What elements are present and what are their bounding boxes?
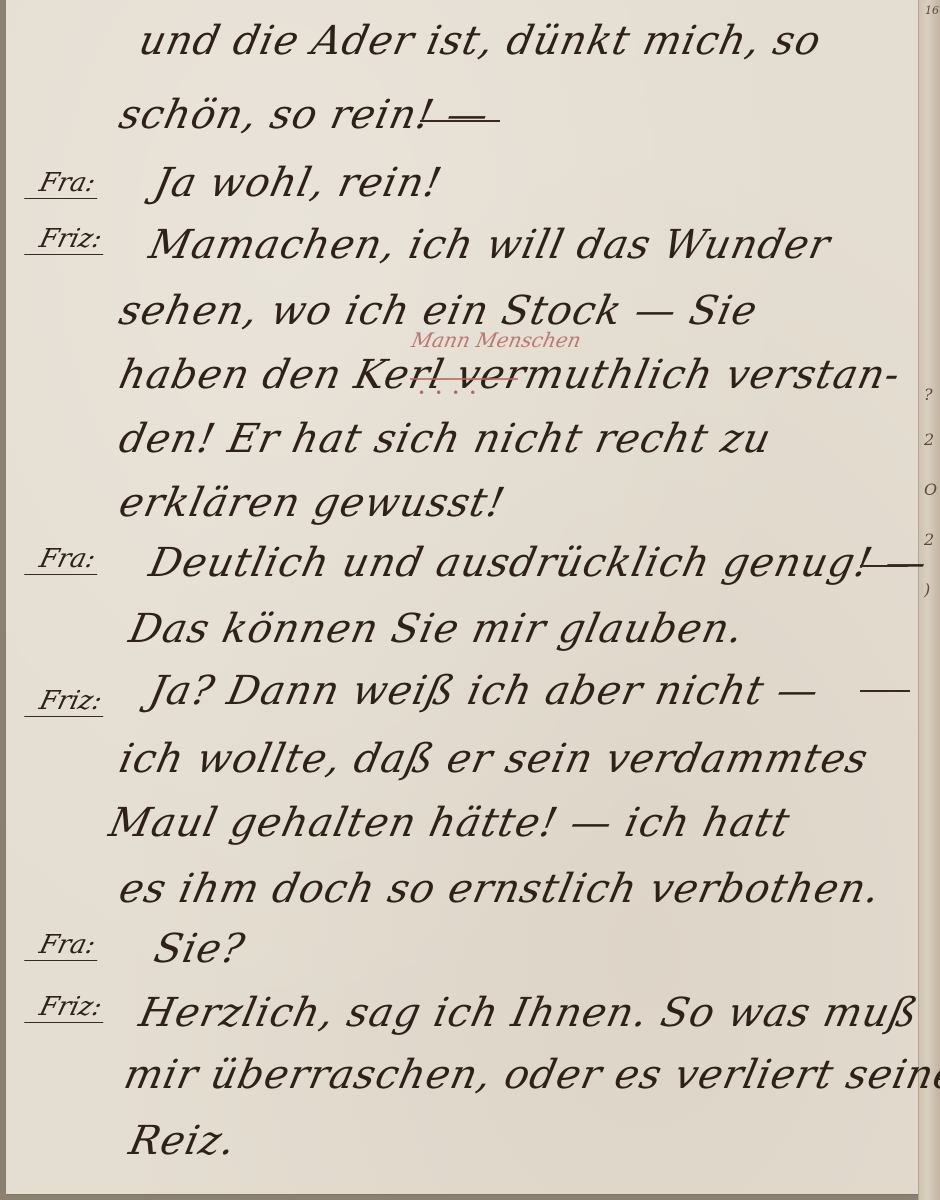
manuscript-line: Maul gehalten hätte! — ich hatt xyxy=(105,800,794,846)
speaker-label: Friz: xyxy=(24,686,111,717)
dash-mark xyxy=(860,565,908,567)
manuscript-line: haben den Kerl vermuthlich verstan- xyxy=(115,352,905,398)
dash-mark xyxy=(420,120,500,122)
manuscript-line: Ja? Dann weiß ich aber nicht — xyxy=(145,668,823,714)
spine-mark: O xyxy=(924,480,937,499)
manuscript-line: schön, so rein! — xyxy=(115,92,493,138)
speaker-label: Fra: xyxy=(24,544,104,575)
spine-mark: ? xyxy=(924,385,933,404)
manuscript-line: Ja wohl, rein! xyxy=(150,160,446,206)
manuscript-line: Reiz. xyxy=(125,1118,240,1164)
book-spine-edge: 16 xyxy=(918,0,940,1200)
manuscript-line: ich wollte, daß er sein verdammtes xyxy=(115,736,872,782)
red-dots-marker: •••• xyxy=(418,386,486,400)
manuscript-line: es ihm doch so ernstlich verbothen. xyxy=(115,866,884,912)
page-number: 16 xyxy=(925,4,939,17)
manuscript-line: und die Ader ist, dünkt mich, so xyxy=(135,18,825,64)
spine-mark: 2 xyxy=(924,430,934,449)
red-correction-annotation: Mann Menschen xyxy=(409,328,583,352)
manuscript-line: Deutlich und ausdrücklich genug! — xyxy=(145,540,932,586)
manuscript-line: Sie? xyxy=(150,926,249,972)
manuscript-line: erklären gewusst! xyxy=(115,480,509,526)
speaker-label: Friz: xyxy=(24,992,111,1023)
manuscript-line: mir überraschen, oder es verliert seinen xyxy=(120,1052,940,1098)
red-strike-line xyxy=(410,378,518,380)
manuscript-line: Herzlich, sag ich Ihnen. So was muß xyxy=(135,990,922,1036)
manuscript-line: den! Er hat sich nicht recht zu xyxy=(115,416,775,462)
manuscript-line: Mamachen, ich will das Wunder xyxy=(145,222,835,268)
spine-mark: ) xyxy=(924,580,930,599)
speaker-label: Fra: xyxy=(24,168,104,199)
manuscript-line: Das können Sie mir glauben. xyxy=(125,606,748,652)
dash-mark xyxy=(860,690,910,692)
speaker-label: Friz: xyxy=(24,224,111,255)
speaker-label: Fra: xyxy=(24,930,104,961)
